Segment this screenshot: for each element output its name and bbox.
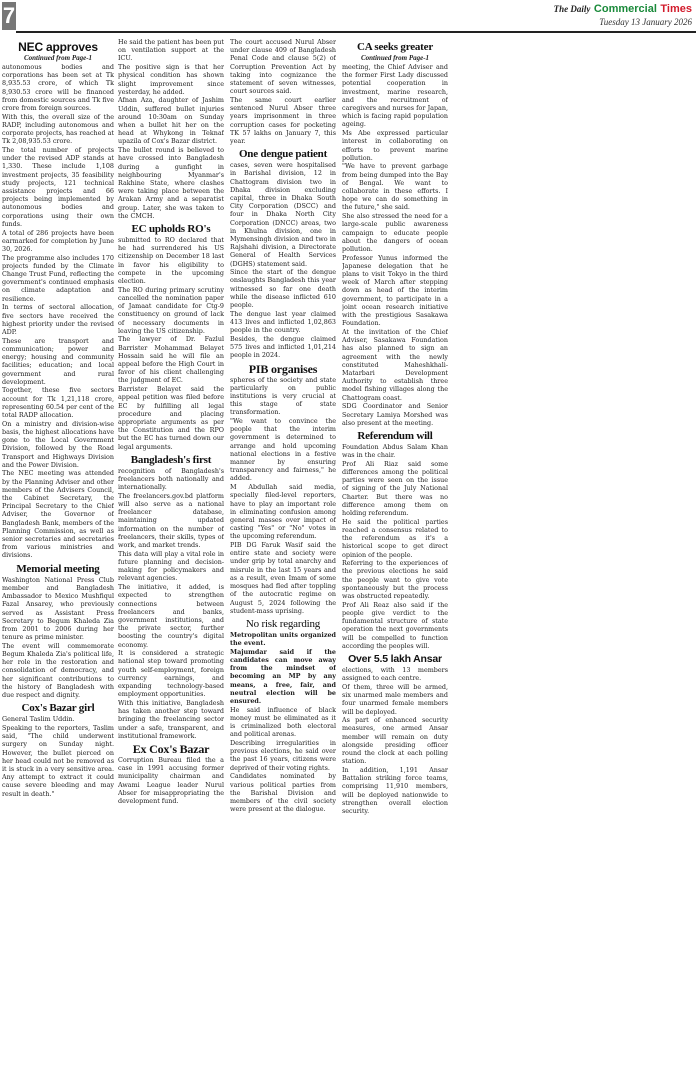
paragraph: He said influence of black money must be… — [230, 706, 336, 739]
newspaper-brand: The Daily Commercial Times — [554, 2, 692, 15]
paragraph: Afnan Aza, daughter of Jashim Uddin, suf… — [118, 96, 224, 145]
paragraph: She also stressed the need for a large-s… — [342, 212, 448, 253]
paragraph: spheres of the society and state particu… — [230, 376, 336, 417]
article-ex-coxs-bazar: Ex Cox's Bazar Corruption Bureau filed t… — [118, 743, 224, 805]
paragraph: Besides, the dengue claimed 575 lives an… — [230, 335, 336, 360]
headline: PIB organises — [230, 363, 336, 375]
paragraph: Together, these five sectors account for… — [2, 386, 114, 419]
paragraph: cases, seven were hospitalised in Barish… — [230, 161, 336, 268]
paragraph: The positive sign is that her physical c… — [118, 63, 224, 96]
continued-label: Continued from Page-1 — [2, 54, 114, 63]
paragraph: In terms of sectoral allocation, five se… — [2, 303, 114, 336]
page-number: 7 — [2, 2, 16, 30]
headline: Ex Cox's Bazar — [118, 743, 224, 755]
paragraph: Majumdar said if the candidates can move… — [230, 648, 336, 705]
article-pib: PIB organises spheres of the society and… — [230, 363, 336, 615]
article-ec-upholds: EC upholds RO's submitted to RO declared… — [118, 223, 224, 451]
column-4: CA seeks greater Continued from Page-1 m… — [342, 38, 448, 1070]
paragraph: He said the patient has been put on vent… — [118, 38, 224, 63]
article-ca-seeks: CA seeks greater Continued from Page-1 m… — [342, 41, 448, 427]
paragraph: SDG Coordinator and Senior Secretary Lam… — [342, 402, 448, 427]
paragraph: The bullet round is believed to have cro… — [118, 146, 224, 220]
continued-label: Continued from Page-1 — [342, 54, 448, 63]
paragraph: Metropolitan units organized the event. — [230, 631, 336, 647]
masthead-rule — [16, 31, 696, 33]
paragraph: The programme also includes 170 projects… — [2, 254, 114, 303]
masthead: 7 The Daily Commercial Times Tuesday 13 … — [0, 0, 696, 34]
paragraph: Since the start of the dengue onslaughts… — [230, 268, 336, 309]
paragraph: "We have to prevent garbage from being d… — [342, 162, 448, 211]
paragraph: The total number of projects under the r… — [2, 146, 114, 228]
paragraph: With this, the overall size of the RADP,… — [2, 113, 114, 146]
headline: Bangladesh's first — [118, 454, 224, 466]
paragraph: Professor Yunus informed the Japanese de… — [342, 254, 448, 328]
paragraph: The lawyer of Dr. Fazlul Barrister Moham… — [118, 335, 224, 384]
brand-commercial: Commercial — [594, 3, 657, 15]
headline: No risk regarding — [230, 618, 336, 630]
paragraph: The event will commemorate Begum Khaleda… — [2, 642, 114, 699]
paragraph: The court accused Nurul Abser under clau… — [230, 38, 336, 95]
paragraph: A total of 286 projects have been earmar… — [2, 229, 114, 254]
paragraph: It is considered a strategic national st… — [118, 649, 224, 698]
paragraph: Barrister Belayet said the appeal petiti… — [118, 385, 224, 451]
headline: NEC approves — [2, 41, 114, 53]
paragraph: autonomous bodies and corporations has b… — [2, 63, 114, 112]
paragraph: With this initiative, Bangladesh has tak… — [118, 699, 224, 740]
article-referendum: Referendum will Foundation Abdus Salam K… — [342, 430, 448, 650]
column-1: NEC approves Continued from Page-1 auton… — [2, 38, 114, 1070]
paragraph: At the invitation of the Chief Adviser, … — [342, 328, 448, 402]
article-no-risk: No risk regarding Metropolitan units org… — [230, 618, 336, 813]
article-coxs-girl: Cox's Bazar girl General Taslim Uddin. S… — [2, 702, 114, 798]
paragraph: Describing irregularities in previous el… — [230, 739, 336, 772]
paragraph: The dengue last year claimed 413 lives a… — [230, 310, 336, 335]
paragraph: Referring to the experiences of the prev… — [342, 559, 448, 600]
paragraph: recognition of Bangladesh's freelancers … — [118, 467, 224, 492]
paragraph: On a ministry and division-wise basis, t… — [2, 420, 114, 469]
paragraph: The freelancers.gov.bd platform will als… — [118, 492, 224, 549]
headline: Cox's Bazar girl — [2, 702, 114, 714]
paragraph: Prof Ali Riaz said some differences amon… — [342, 460, 448, 517]
paragraph: Washington National Press Club member an… — [2, 576, 114, 642]
headline: One dengue patient — [230, 148, 336, 160]
article-freelancers: Bangladesh's first recognition of Bangla… — [118, 454, 224, 740]
column-2: He said the patient has been put on vent… — [118, 38, 224, 1070]
paragraph: The initiative, it added, is expected to… — [118, 583, 224, 649]
paragraph: As part of enhanced security measures, o… — [342, 716, 448, 765]
paragraph: "We want to convince the people that the… — [230, 417, 336, 483]
article-memorial: Memorial meeting Washington National Pre… — [2, 563, 114, 700]
headline: Over 5.5 lakh Ansar — [342, 653, 448, 665]
headline: Referendum will — [342, 430, 448, 442]
paragraph: In addition, 1,191 Ansar Battalion strik… — [342, 766, 448, 815]
paragraph: Corruption Bureau filed the a case in 19… — [118, 756, 224, 805]
paragraph: PIB DG Faruk Wasif said the entire state… — [230, 541, 336, 615]
paragraph: Of them, three will be armed, six unarme… — [342, 683, 448, 716]
headline: EC upholds RO's — [118, 223, 224, 235]
article-nec: NEC approves Continued from Page-1 auton… — [2, 41, 114, 560]
article-dengue: One dengue patient cases, seven were hos… — [230, 148, 336, 359]
paragraph: Speaking to the reporters, Taslim said, … — [2, 724, 114, 798]
paragraph: meeting, the Chief Adviser and the forme… — [342, 63, 448, 129]
paragraph: Prof Ali Reaz also said if the people gi… — [342, 601, 448, 650]
article-ansar: Over 5.5 lakh Ansar elections, with 13 m… — [342, 653, 448, 815]
paragraph: M Abdullah said media, specially filed-l… — [230, 483, 336, 540]
paragraph: The NEC meeting was attended by the Plan… — [2, 469, 114, 559]
brand-times: Times — [660, 3, 692, 15]
paragraph: Foundation Abdus Salam Khan was in the c… — [342, 443, 448, 459]
paragraph: elections, with 13 members assigned to e… — [342, 666, 448, 682]
paragraph: General Taslim Uddin. — [2, 715, 114, 723]
headline: CA seeks greater — [342, 41, 448, 53]
paragraph: submitted to RO declared that he had sur… — [118, 236, 224, 285]
paragraph: This data will play a vital role in futu… — [118, 550, 224, 583]
paragraph: Ms Abe expressed particular interest in … — [342, 129, 448, 162]
paragraph: He said the political parties reached a … — [342, 518, 448, 559]
paragraph: These are transport and communication; p… — [2, 337, 114, 386]
paragraph: The RO during primary scrutiny cancelled… — [118, 286, 224, 335]
headline: Memorial meeting — [2, 563, 114, 575]
paragraph: The same court earlier sentenced Nurul A… — [230, 96, 336, 145]
paragraph: Candidates nominated by various politica… — [230, 772, 336, 813]
dateline: Tuesday 13 January 2026 — [599, 17, 692, 27]
brand-the: The Daily — [554, 4, 591, 14]
column-3: The court accused Nurul Abser under clau… — [230, 38, 336, 1070]
